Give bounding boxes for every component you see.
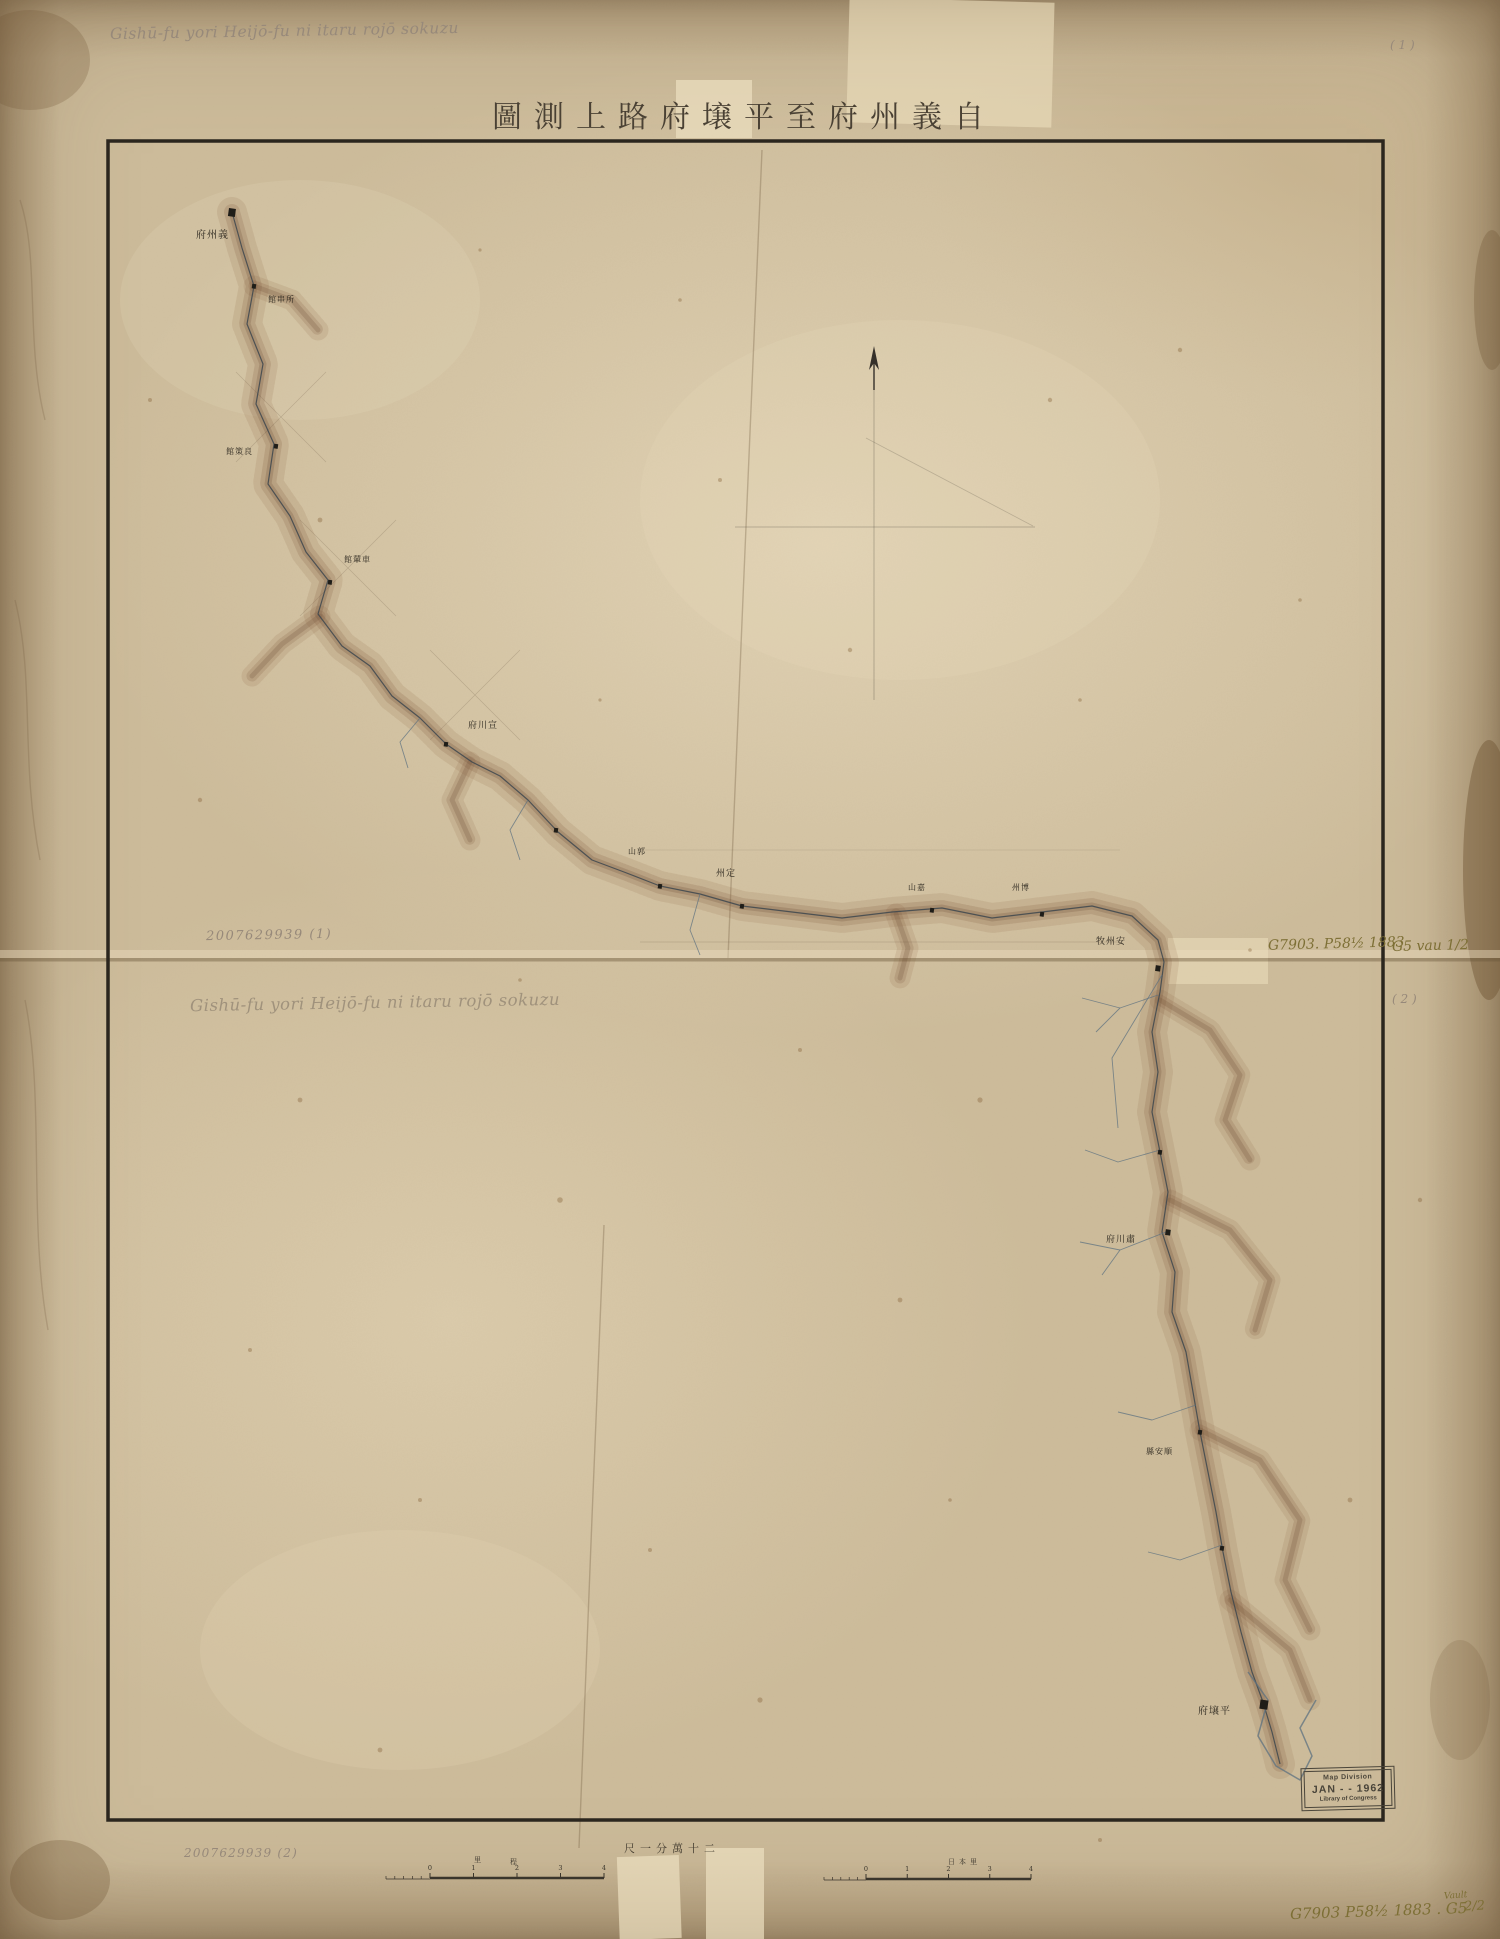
station-label: 山嘉 [908,882,926,892]
town-symbol [252,284,257,289]
scale-caption: 尺一分萬十二 [624,1841,720,1855]
scale-tick-label: 4 [1029,1865,1033,1873]
scale-tick-label: 3 [988,1865,992,1873]
scale-tick-label: 1 [471,1864,475,1872]
foxing-spot [518,978,522,982]
foxing-spot [1098,1838,1102,1842]
foxing-spot [478,248,481,251]
foxing-spot [848,648,852,652]
town-symbol [554,828,559,833]
station-label: 州定 [716,867,736,879]
station-label: 館策良 [226,446,253,456]
map-title: 圖測上路府壌平至府州義自 [492,92,996,136]
station-label: 館串所 [268,294,295,304]
station-label: 府川宣 [468,719,498,731]
accession-number-sheet2: 2007629939 (2) [184,1846,298,1860]
town-symbol [274,444,279,449]
foxing-spot [1348,1498,1353,1503]
foxing-spot [798,1048,802,1052]
foxing-spot [1418,1198,1422,1202]
station-label: 府州義 [196,228,229,241]
town-symbol [328,580,333,585]
scale-tick-label: 0 [864,1865,868,1873]
town-symbol [1158,1150,1163,1155]
town-symbol [228,208,236,217]
foxing-spot [678,298,682,302]
town-symbol [658,884,663,889]
foxing-spot [248,1348,252,1352]
foxing-spot [977,1097,982,1102]
town-symbol [1259,1699,1268,1709]
town-symbol [740,904,745,909]
foxing-spot [1178,348,1182,352]
town-symbol [444,742,449,747]
station-label: 縣安順 [1146,1446,1173,1456]
foxing-spot [1048,398,1052,402]
foxing-spot [318,518,323,523]
foxing-spot [198,798,202,802]
station-label: 府壌平 [1198,1704,1231,1717]
scale-tick-label: 1 [905,1865,909,1873]
station-label: 府川肅 [1106,1233,1136,1245]
foxing-spot [298,1098,303,1103]
station-label: 山郭 [628,846,646,856]
left-bar-unit-b: 程 [510,1857,517,1866]
left-bar-unit-a: 里 [474,1856,481,1864]
scale-tick-label: 3 [558,1864,562,1872]
stamp-library-line: Library of Congress [1310,1795,1386,1804]
map-artwork: 府州義館串所館策良館輦車府川宣山郭州定山嘉州博牧州安府川肅縣安順府壌平 尺一分萬… [0,0,1500,1939]
foxing-spot [418,1498,422,1502]
station-label: 州博 [1012,882,1030,892]
town-symbol [1165,1229,1171,1235]
station-label: 牧州安 [1096,935,1126,947]
town-symbol [1198,1430,1203,1435]
foxing-spot [648,1548,652,1552]
town-symbol [1040,912,1045,917]
town-symbol [1220,1546,1225,1551]
library-stamp: Map Division JAN - - 1962 Library of Con… [1304,1769,1393,1809]
sheet1-marker: ( 1 ) [1390,38,1415,52]
call-number-seam-right: G5 vau 1/2 [1392,937,1469,955]
scale-tick-label: 2 [946,1865,950,1873]
foxing-spot [1078,698,1082,702]
scale-tick-label: 4 [602,1864,606,1872]
town-symbol [930,908,935,913]
foxing-spot [378,1748,383,1753]
foxing-spot [757,1697,762,1702]
foxing-spot [898,1298,903,1303]
foxing-spot [598,698,601,701]
right-bar-unit: 日本里 [948,1857,981,1866]
foxing-spot [1298,598,1302,602]
foxing-spot [557,1197,563,1203]
call-number-bottom-fraction: 2/2 [1464,1898,1486,1914]
sheet2-marker: ( 2 ) [1392,992,1417,1006]
foxing-spot [718,478,722,482]
foxing-spot [1248,948,1252,952]
foxing-spot [148,398,152,402]
scanned-map-paper: 府州義館串所館策良館輦車府川宣山郭州定山嘉州博牧州安府川肅縣安順府壌平 尺一分萬… [0,0,1500,1939]
accession-number-sheet1: 2007629939 (1) [206,927,333,944]
scale-tick-label: 0 [428,1864,432,1872]
station-label: 館輦車 [344,554,371,564]
town-symbol [1155,965,1161,971]
foxing-spot [948,1498,952,1502]
